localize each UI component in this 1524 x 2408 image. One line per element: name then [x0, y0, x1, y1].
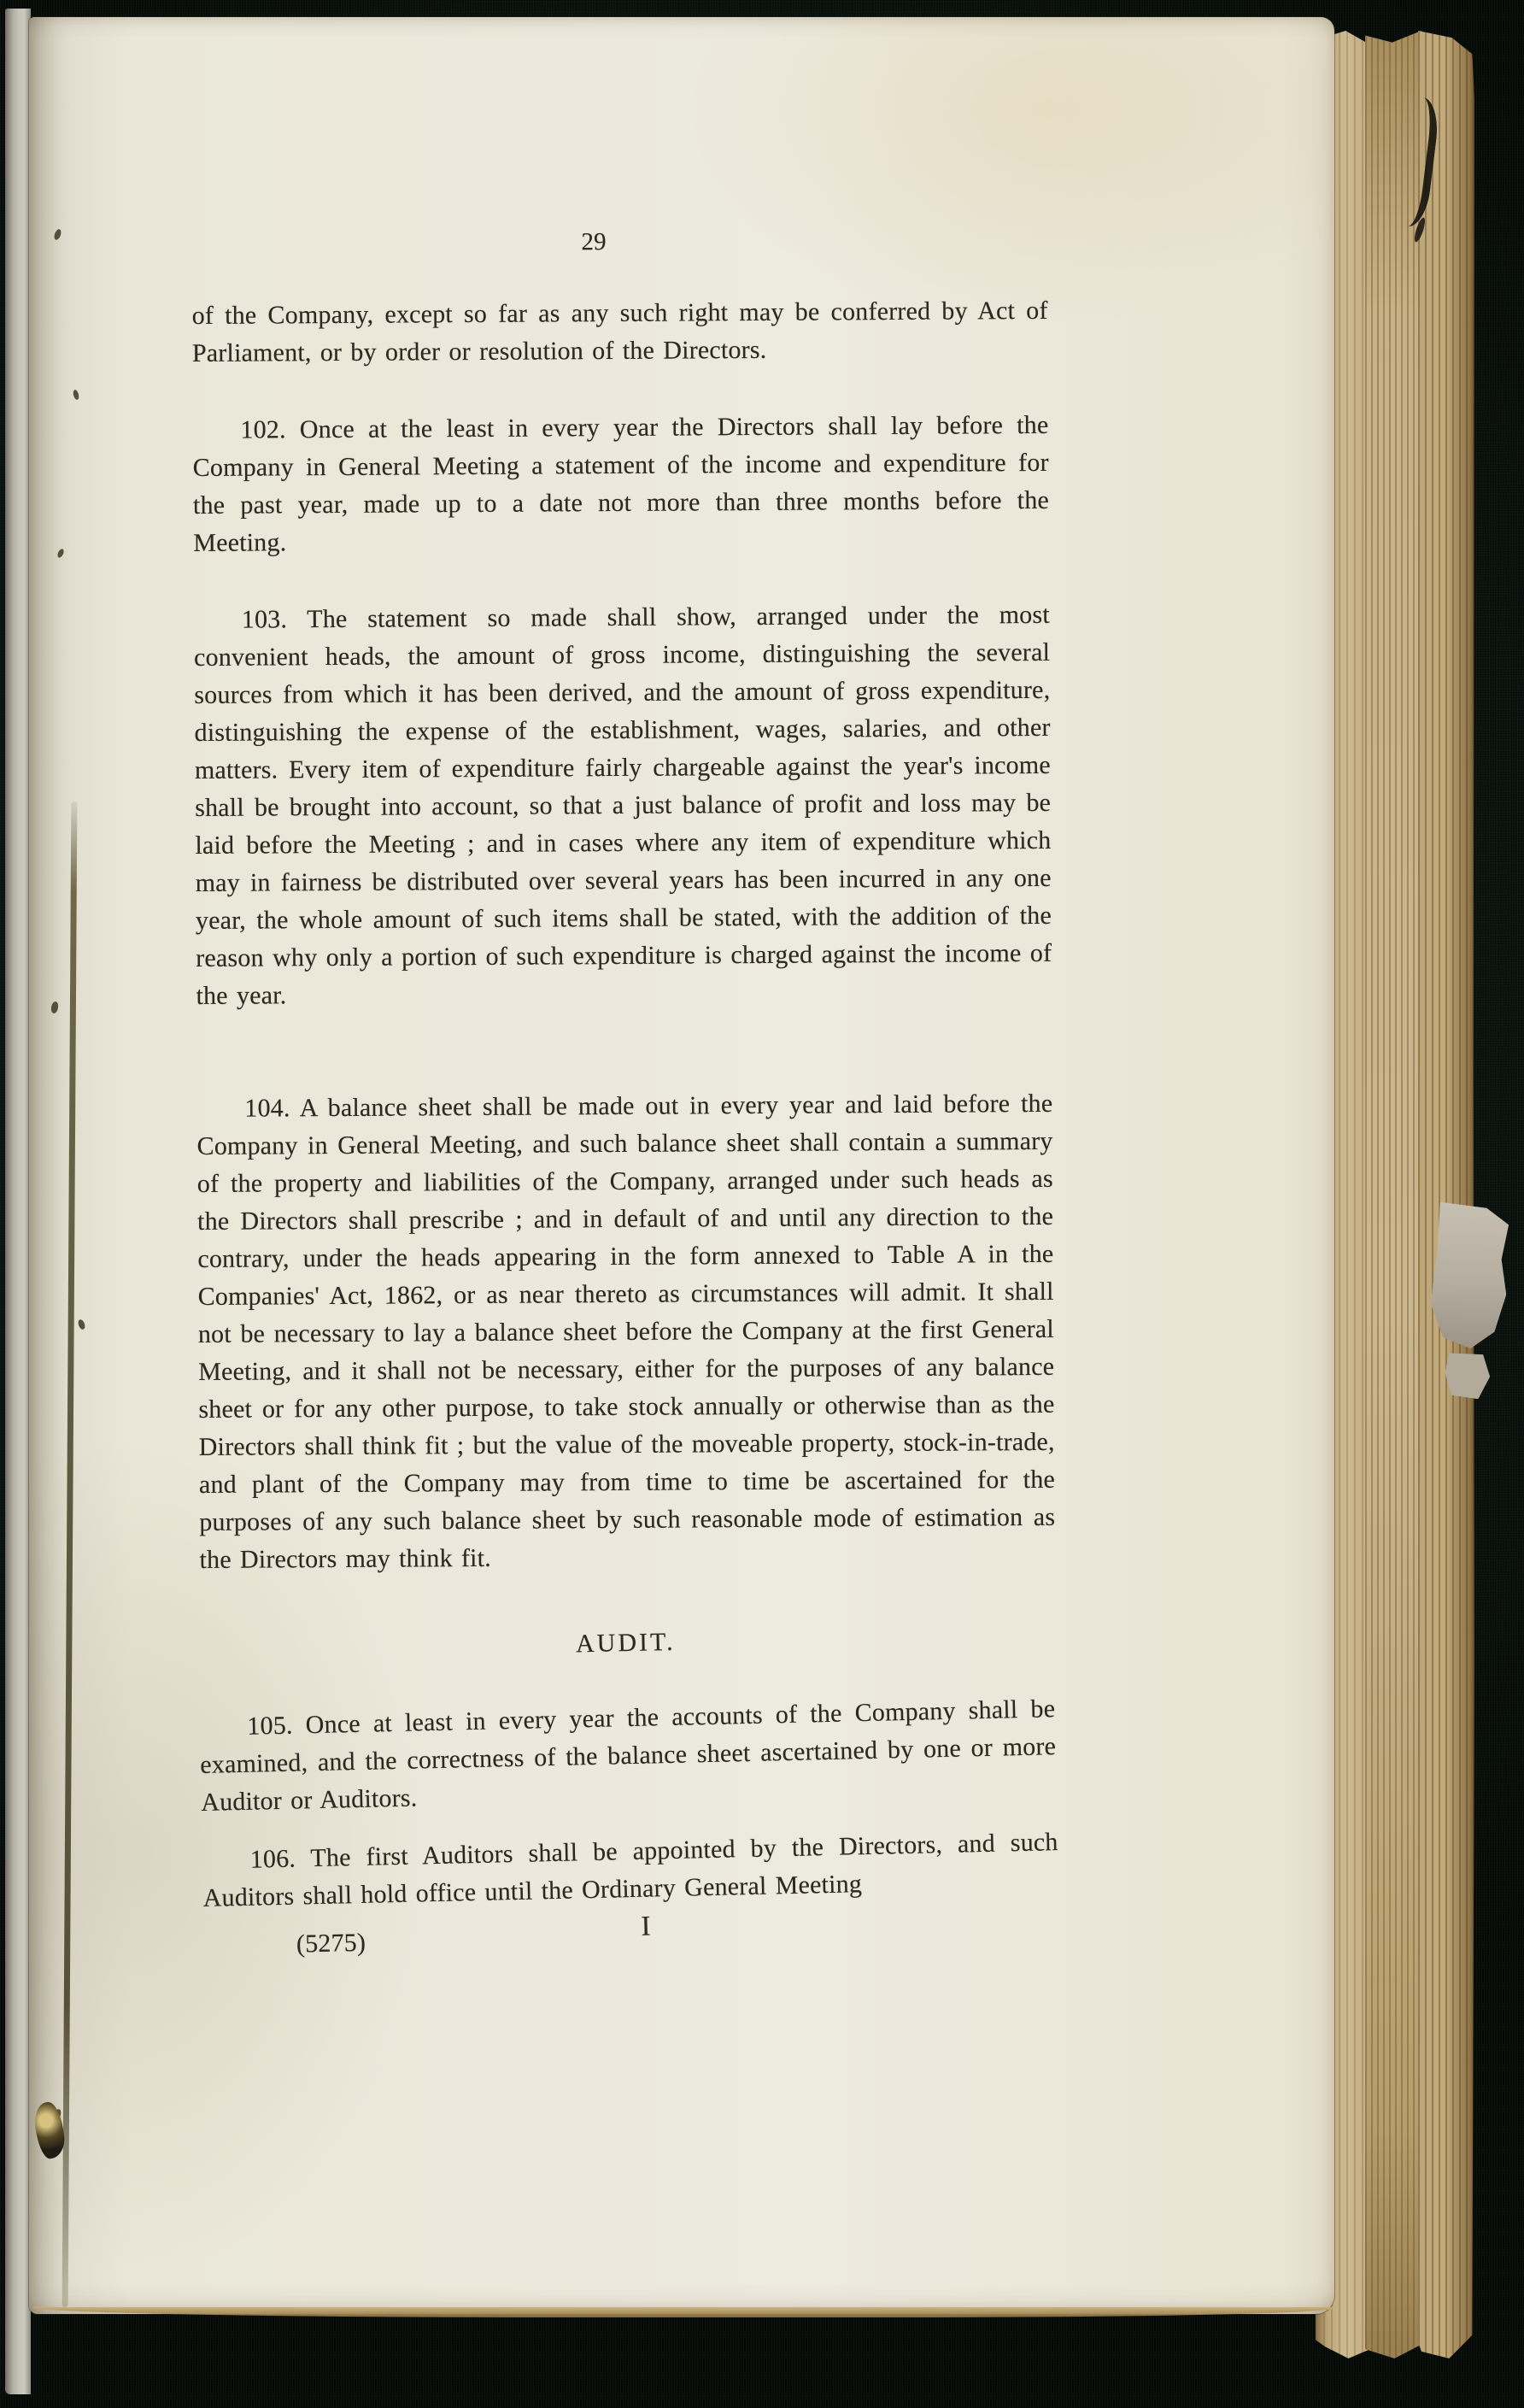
binding-stitch-mark [53, 228, 62, 241]
section-text: The first Auditors shall be appointed by… [202, 1828, 1058, 1912]
page-edge-strip [1365, 31, 1421, 2358]
signature-mark: I [641, 1908, 651, 1946]
binding-stitch-mark [56, 548, 65, 559]
facing-page-edge [5, 9, 31, 2394]
section-text: A balance sheet shall be made out in eve… [196, 1089, 1055, 1574]
section-102: 102. Once at the least in every year the… [192, 407, 1049, 562]
ink-blot [32, 2100, 67, 2160]
document-page: 29 of the Company, except so far as any … [29, 17, 1334, 2314]
section-text: Once at least in every year the accounts… [200, 1694, 1056, 1817]
plate-number: (5275) [296, 1924, 366, 1964]
binding-stitch-mark [50, 1001, 59, 1013]
page-number: 29 [191, 220, 996, 263]
audit-heading: AUDIT. [197, 1615, 1054, 1671]
section-text: The statement so made shall show, arrang… [194, 601, 1052, 1010]
section-105: 105. Once at least in every year the acc… [199, 1690, 1058, 1822]
section-number: 104. [244, 1094, 290, 1122]
binding-stitch-mark [73, 389, 80, 400]
book-scan: 29 of the Company, except so far as any … [0, 0, 1524, 2408]
binding-stitch-line [62, 802, 78, 2307]
page-text: 29 of the Company, except so far as any … [191, 220, 1058, 1970]
section-text: Once at the least in every year the Dire… [193, 411, 1049, 557]
section-103: 103. The statement so made shall show, a… [194, 596, 1052, 1015]
page-edge-stack [1316, 31, 1476, 2358]
section-number: 103. [242, 605, 288, 633]
audit-section: AUDIT. 105. Once at least in every year … [197, 1615, 1060, 1970]
section-number: 106. [249, 1845, 296, 1874]
section-number: 102. [240, 415, 286, 443]
section-number: 105. [247, 1712, 293, 1741]
binding-stitch-mark [77, 1319, 86, 1330]
section-104: 104. A balance sheet shall be made out i… [196, 1085, 1055, 1579]
page-edge-strip [1418, 31, 1474, 2358]
paragraph-continuation: of the Company, except so far as any suc… [192, 292, 1049, 373]
section-106: 106. The first Auditors shall be appoint… [202, 1824, 1059, 1918]
